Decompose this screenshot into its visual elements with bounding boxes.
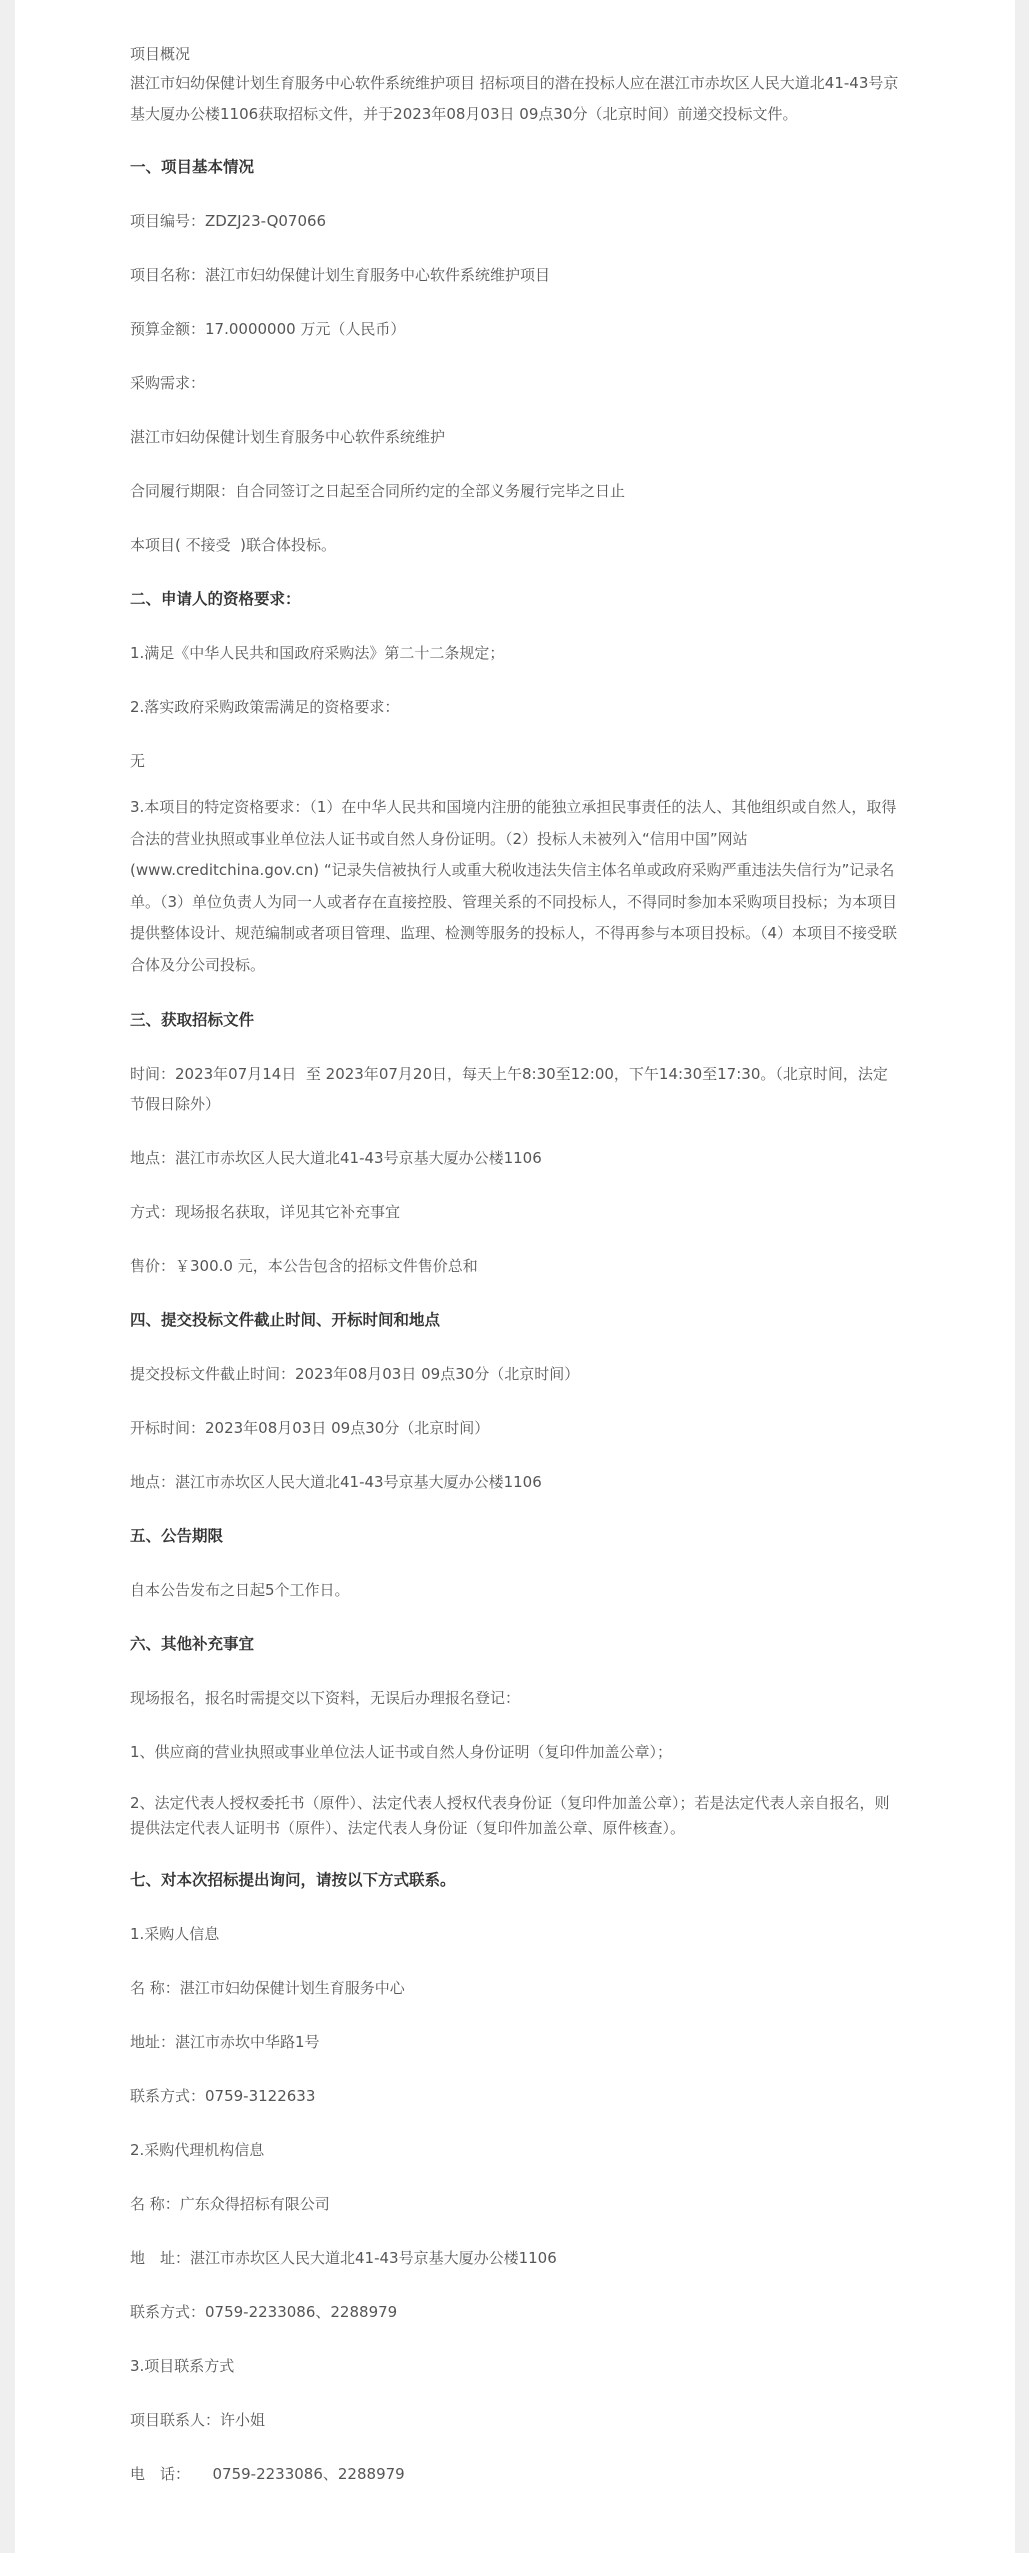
project-contact-phone: 电 话： 0759-2233086、2288979 — [130, 2459, 900, 2489]
registration-item-2: 2、法定代表人授权委托书（原件）、法定代表人授权代表身份证（复印件加盖公章）；若… — [130, 1791, 900, 1841]
project-name: 项目名称：湛江市妇幼保健计划生育服务中心软件系统维护项目 — [130, 260, 900, 290]
qualification-2-value: 无 — [130, 746, 900, 776]
document-price: 售价：￥300.0 元，本公告包含的招标文件售价总和 — [130, 1251, 900, 1281]
agency-contact: 联系方式：0759-2233086、2288979 — [130, 2297, 900, 2327]
purchaser-info-title: 1.采购人信息 — [130, 1919, 900, 1949]
purchaser-address: 地址：湛江市赤坎中华路1号 — [130, 2027, 900, 2057]
overview-title: 项目概况 — [130, 40, 900, 68]
section-heading-basic-info: 一、项目基本情况 — [130, 152, 900, 182]
procurement-demand-label: 采购需求： — [130, 368, 900, 398]
agency-info-title: 2.采购代理机构信息 — [130, 2135, 900, 2165]
obtain-method: 方式：现场报名获取，详见其它补充事宜 — [130, 1197, 900, 1227]
section-heading-contact: 七、对本次招标提出询问，请按以下方式联系。 — [130, 1865, 900, 1895]
section-heading-qualifications: 二、申请人的资格要求： — [130, 584, 900, 614]
submission-deadline: 提交投标文件截止时间：2023年08月03日 09点30分（北京时间） — [130, 1359, 900, 1389]
procurement-demand: 湛江市妇幼保健计划生育服务中心软件系统维护 — [130, 422, 900, 452]
overview-text: 湛江市妇幼保健计划生育服务中心软件系统维护项目 招标项目的潜在投标人应在湛江市赤… — [130, 68, 900, 130]
registration-item-1: 1、供应商的营业执照或事业单位法人证书或自然人身份证明（复印件加盖公章）； — [130, 1737, 900, 1767]
project-contact-title: 3.项目联系方式 — [130, 2351, 900, 2381]
obtain-location: 地点：湛江市赤坎区人民大道北41-43号京基大厦办公楼1106 — [130, 1143, 900, 1173]
contract-period: 合同履行期限：自合同签订之日起至合同所约定的全部义务履行完毕之日止 — [130, 476, 900, 506]
agency-name: 名 称：广东众得招标有限公司 — [130, 2189, 900, 2219]
agency-address: 地 址：湛江市赤坎区人民大道北41-43号京基大厦办公楼1106 — [130, 2243, 900, 2273]
project-contact-person: 项目联系人：许小姐 — [130, 2405, 900, 2435]
qualification-3: 3.本项目的特定资格要求：（1）在中华人民共和国境内注册的能独立承担民事责任的法… — [130, 792, 900, 981]
purchaser-name: 名 称：湛江市妇幼保健计划生育服务中心 — [130, 1973, 900, 2003]
section-heading-other-matters: 六、其他补充事宜 — [130, 1629, 900, 1659]
section-heading-notice-period: 五、公告期限 — [130, 1521, 900, 1551]
section-heading-obtain-documents: 三、获取招标文件 — [130, 1005, 900, 1035]
purchaser-contact: 联系方式：0759-3122633 — [130, 2081, 900, 2111]
section-heading-deadline: 四、提交投标文件截止时间、开标时间和地点 — [130, 1305, 900, 1335]
opening-location: 地点：湛江市赤坎区人民大道北41-43号京基大厦办公楼1106 — [130, 1467, 900, 1497]
announcement-page: 项目概况 湛江市妇幼保健计划生育服务中心软件系统维护项目 招标项目的潜在投标人应… — [15, 0, 1015, 2553]
opening-time: 开标时间：2023年08月03日 09点30分（北京时间） — [130, 1413, 900, 1443]
consortium-policy: 本项目( 不接受 )联合体投标。 — [130, 530, 900, 560]
project-number: 项目编号：ZDZJ23-Q07066 — [130, 206, 900, 236]
obtain-time: 时间：2023年07月14日 至 2023年07月20日，每天上午8:30至12… — [130, 1059, 900, 1119]
qualification-1: 1.满足《中华人民共和国政府采购法》第二十二条规定； — [130, 638, 900, 668]
notice-period: 自本公告发布之日起5个工作日。 — [130, 1575, 900, 1605]
registration-intro: 现场报名，报名时需提交以下资料，无误后办理报名登记： — [130, 1683, 900, 1713]
budget-amount: 预算金额：17.0000000 万元（人民币） — [130, 314, 900, 344]
qualification-2: 2.落实政府采购政策需满足的资格要求： — [130, 692, 900, 722]
